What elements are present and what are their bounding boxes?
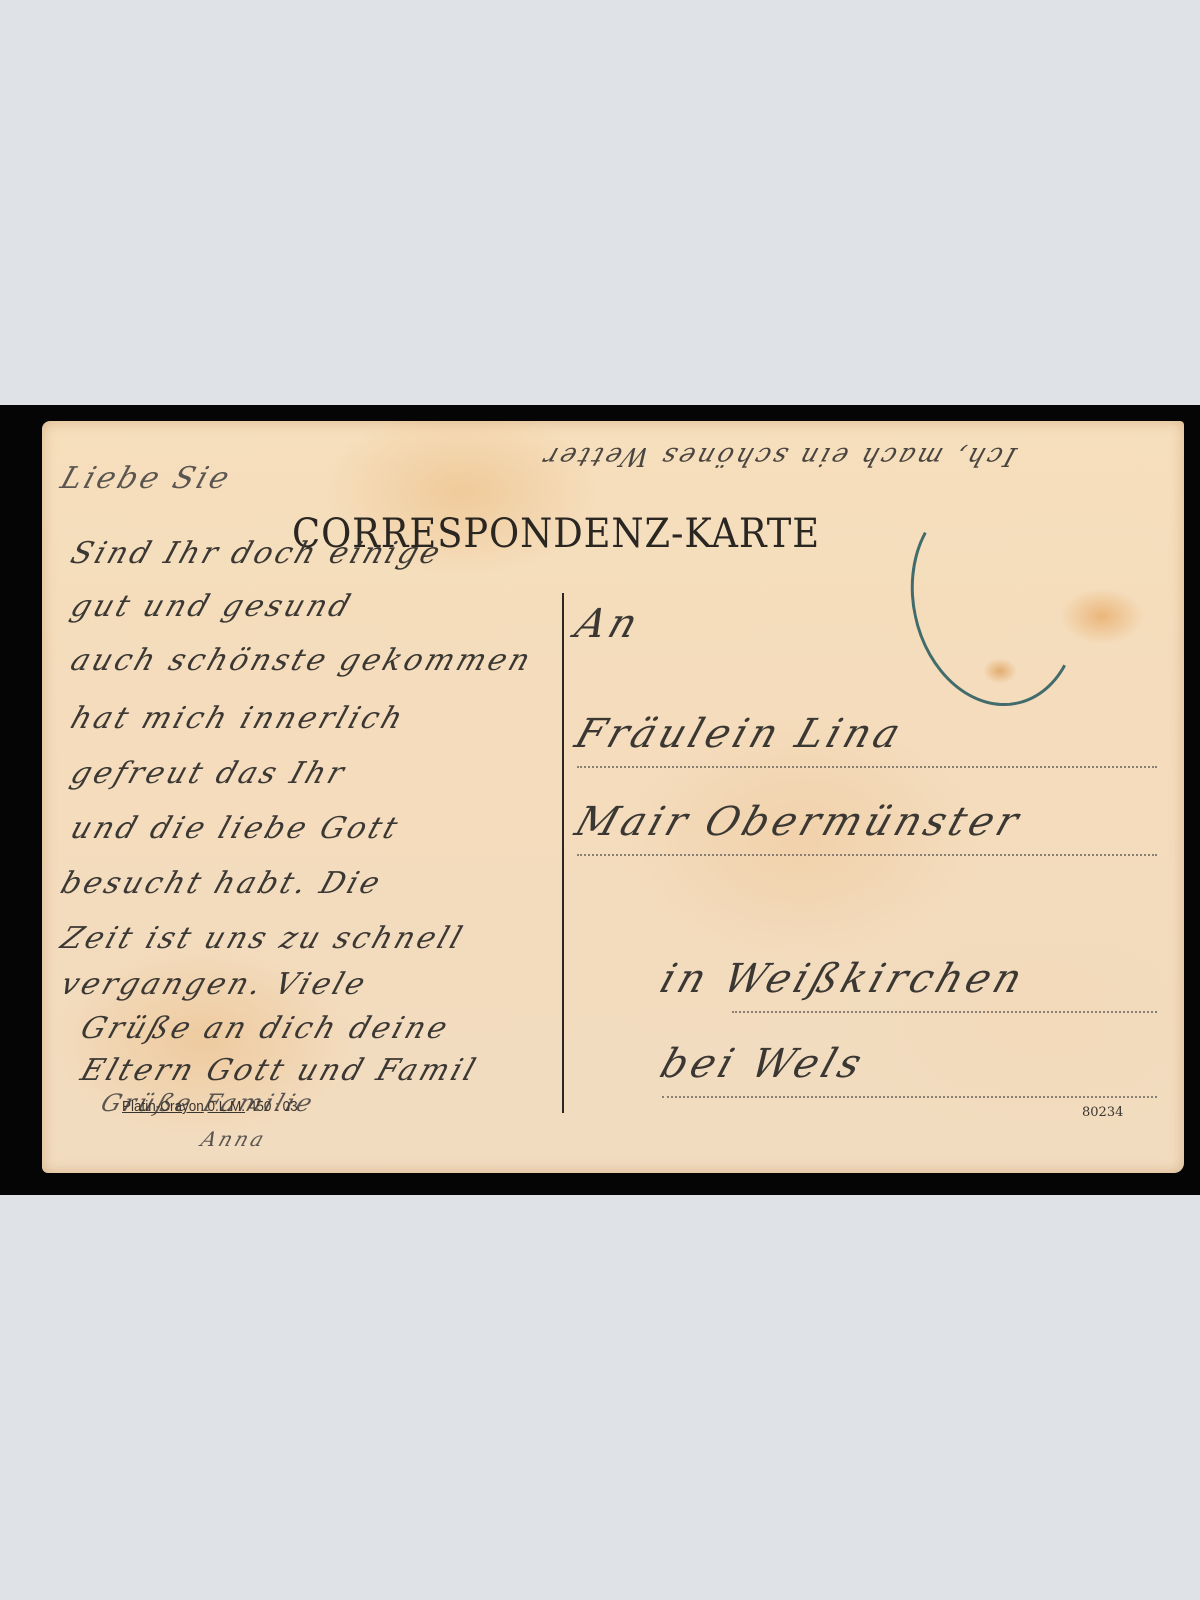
printer-mark-number: 450 : 03: [249, 1098, 298, 1115]
scan-frame: Ich, mach ein schönes Wetter CORRESPONDE…: [0, 405, 1200, 1195]
address-dotted-line: [577, 854, 1157, 856]
postmark-stamp-arc: [891, 476, 1098, 722]
message-line: und die liebe Gott: [66, 811, 404, 846]
printer-mark: Platin-Crayon 0.L.M. 450 : 03: [122, 1098, 298, 1115]
message-line: gut und gesund: [66, 589, 357, 624]
message-line: gefreut das Ihr: [66, 756, 351, 791]
message-line: vergangen. Viele: [56, 967, 372, 1002]
message-line: Zeit ist uns zu schnell: [56, 921, 469, 956]
message-line: Sind Ihr doch einige: [66, 536, 447, 571]
address-street: Mair Obermünster: [570, 799, 1028, 845]
postcard: Ich, mach ein schönes Wetter CORRESPONDE…: [42, 421, 1184, 1173]
address-dotted-line: [732, 1011, 1157, 1013]
address-salutation: An: [570, 601, 648, 647]
message-line: Liebe Sie: [56, 461, 236, 496]
message-line: auch schönste gekommen: [66, 643, 537, 678]
divider-line: [562, 593, 564, 1113]
message-signature: Anna: [198, 1127, 270, 1151]
printer-mark-code: 0.L.M.: [208, 1098, 246, 1115]
message-line: Eltern Gott und Famil: [76, 1053, 482, 1088]
address-town: in Weißkirchen: [655, 956, 1032, 1002]
address-district: bei Wels: [655, 1041, 872, 1087]
address-dotted-line: [662, 1096, 1157, 1098]
message-line: Grüße an dich deine: [76, 1011, 454, 1046]
printer-mark-prefix: Platin-Crayon: [122, 1098, 204, 1115]
address-dotted-line: [577, 766, 1157, 768]
message-line: besucht habt. Die: [56, 866, 387, 901]
upside-down-handwriting: Ich, mach ein schönes Wetter: [537, 441, 1020, 471]
address-name: Fräulein Lina: [570, 711, 910, 757]
message-line: hat mich innerlich: [66, 701, 410, 736]
serial-number: 80234: [1082, 1105, 1123, 1120]
